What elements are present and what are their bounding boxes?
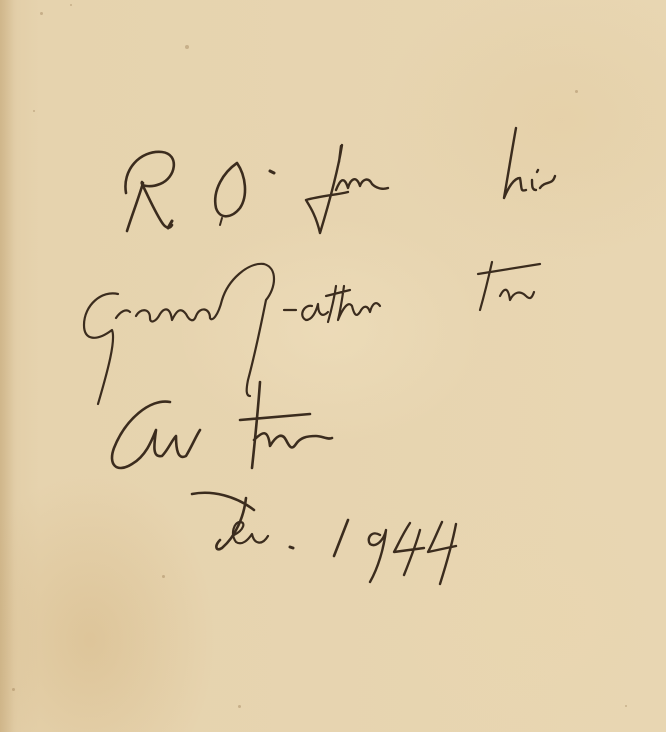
handwriting-svg xyxy=(0,0,666,732)
handwriting-line-2 xyxy=(84,262,540,404)
handwriting-line-1 xyxy=(125,128,555,233)
handwriting-line-4 xyxy=(192,493,456,584)
inscription-page: R. O from his Grandfather the Author Dec… xyxy=(0,0,666,732)
handwriting-line-3 xyxy=(112,382,332,468)
